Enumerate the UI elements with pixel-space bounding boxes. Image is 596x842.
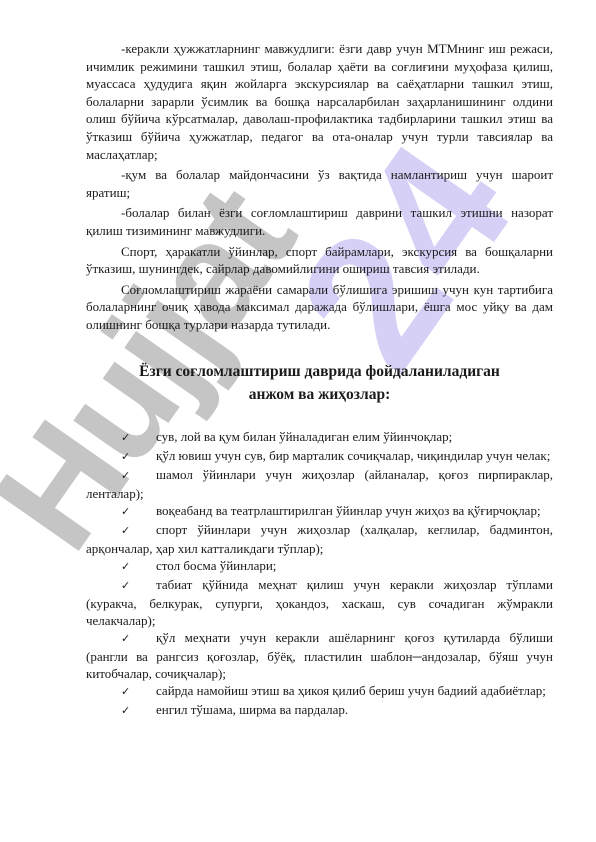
- heading-line-1: Ёзги соғломлаштириш даврида фойдаланилад…: [86, 360, 553, 383]
- checkmark-icon: ✓: [121, 504, 156, 521]
- checkmark-icon: ✓: [121, 631, 156, 648]
- list-item: ✓табиат қўйнида меҳнат қилиш учун керакл…: [86, 576, 553, 629]
- section-heading: Ёзги соғломлаштириш даврида фойдаланилад…: [86, 360, 553, 406]
- list-item: ✓шамол ўйинлари учун жиҳозлар (айланалар…: [86, 466, 553, 502]
- list-item-text: шамол ўйинлари учун жиҳозлар (айланалар,…: [86, 467, 553, 501]
- checkmark-icon: ✓: [121, 684, 156, 701]
- list-item: ✓сув, лой ва қум билан ўйналадиган елим …: [86, 428, 553, 447]
- list-item-text: сайрда намойиш этиш ва ҳикоя қилиб бериш…: [156, 683, 546, 698]
- list-item-text: стол босма ўйинлари;: [156, 558, 276, 573]
- list-item: ✓қўл ювиш учун сув, бир марталик сочиқча…: [86, 447, 553, 466]
- list-item: ✓сайрда намойиш этиш ва ҳикоя қилиб бери…: [86, 682, 553, 701]
- document-page: -керакли ҳужжатларнинг мавжудлиги: ёзги …: [86, 40, 553, 720]
- checkmark-icon: ✓: [121, 449, 156, 466]
- list-item: ✓стол босма ўйинлари;: [86, 557, 553, 576]
- checkmark-icon: ✓: [121, 559, 156, 576]
- list-item-text: қўл ювиш учун сув, бир марталик сочиқчал…: [156, 448, 550, 463]
- list-item-text: спорт ўйинлари учун жиҳозлар (халқалар, …: [86, 522, 553, 556]
- paragraph-sport: Спорт, ҳаракатли ўйинлар, спорт байрамла…: [86, 243, 553, 278]
- list-item-text: қўл меҳнати учун керакли ашёларнинг қоғо…: [86, 630, 553, 681]
- list-item: ✓воқеабанд ва театрлаштирилган ўйинлар у…: [86, 502, 553, 521]
- list-item: ✓спорт ўйинлари учун жиҳозлар (халқалар,…: [86, 521, 553, 557]
- list-item: ✓қўл меҳнати учун керакли ашёларнинг қоғ…: [86, 629, 553, 682]
- heading-line-2: анжом ва жиҳозлар:: [86, 383, 553, 406]
- list-item-text: табиат қўйнида меҳнат қилиш учун керакли…: [86, 577, 553, 628]
- paragraph-control-system: -болалар билан ёзги соғломлаштириш даври…: [86, 204, 553, 239]
- list-item-text: воқеабанд ва театрлаштирилган ўйинлар уч…: [156, 503, 541, 518]
- paragraph-sand-watering: -қум ва болалар майдончасини ўз вақтида …: [86, 166, 553, 201]
- paragraph-documents: -керакли ҳужжатларнинг мавжудлиги: ёзги …: [86, 40, 553, 163]
- checkmark-icon: ✓: [121, 578, 156, 595]
- list-item: ✓енгил тўшама, ширма ва пардалар.: [86, 701, 553, 720]
- list-item-text: сув, лой ва қум билан ўйналадиган елим ў…: [156, 429, 452, 444]
- checkmark-icon: ✓: [121, 468, 156, 485]
- list-item-text: енгил тўшама, ширма ва пардалар.: [156, 702, 348, 717]
- paragraph-health-process: Соғломлаштириш жараёни самарали бўлишига…: [86, 281, 553, 334]
- checkmark-icon: ✓: [121, 430, 156, 447]
- checkmark-icon: ✓: [121, 703, 156, 720]
- checkmark-icon: ✓: [121, 523, 156, 540]
- equipment-list: ✓сув, лой ва қум билан ўйналадиган елим …: [86, 428, 553, 720]
